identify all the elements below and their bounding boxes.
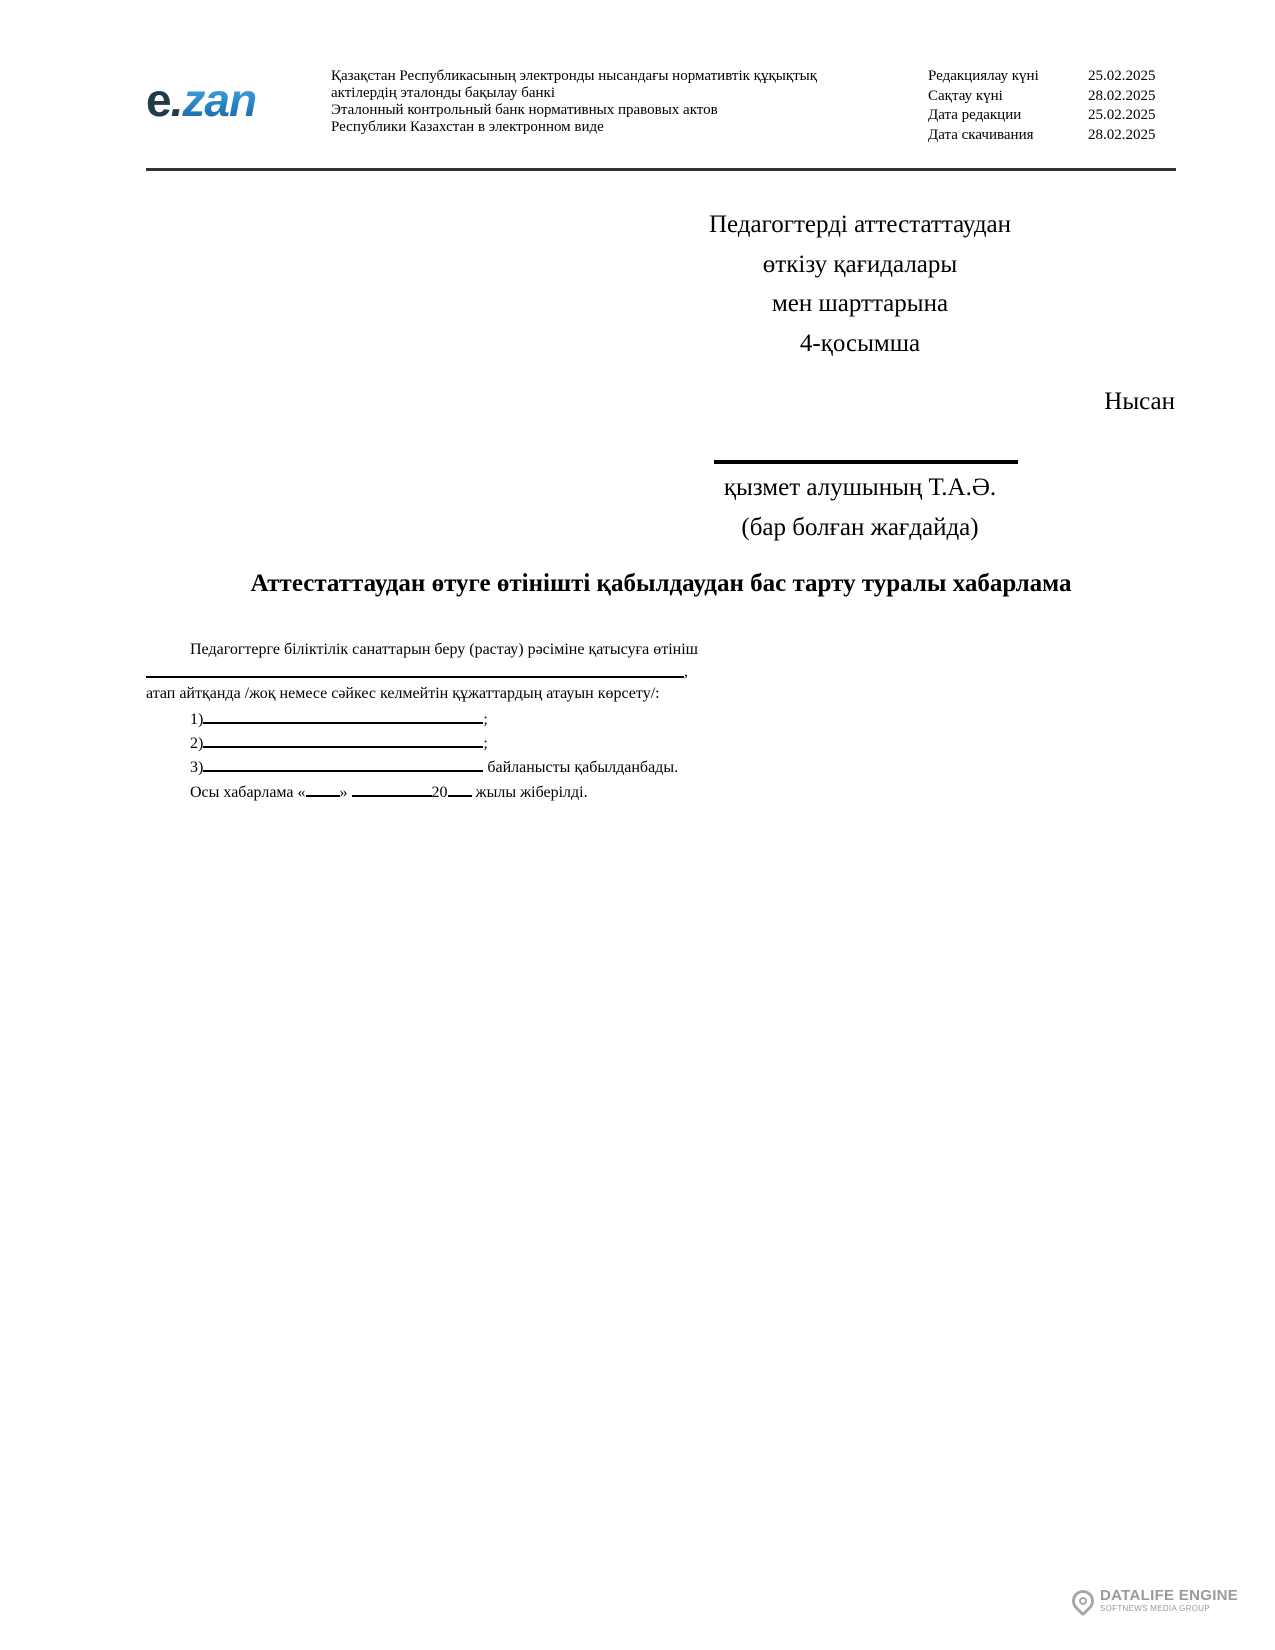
header-rule <box>146 168 1176 171</box>
comma: , <box>684 660 688 684</box>
date-value: 25.02.2025 <box>1088 106 1168 126</box>
reason-item: 2); <box>146 730 1176 754</box>
reason-item: 3) байланысты қабылданбады. <box>146 754 1176 778</box>
date-label: Дата скачивания <box>928 126 1088 146</box>
month-blank-field[interactable] <box>352 779 432 797</box>
day-blank-field[interactable] <box>306 779 340 797</box>
document-title: Аттестаттаудан өтуге өтінішті қабылдауда… <box>146 566 1176 602</box>
date-label: Редакциялау күні <box>928 67 1088 87</box>
datalife-engine-watermark: DATALIFE ENGINE SOFTNEWS MEDIA GROUP <box>1072 1588 1238 1614</box>
header-description-line: Қазақстан Республикасының электронды ныс… <box>331 68 891 85</box>
recipient-name-field[interactable] <box>714 460 1018 464</box>
date-value: 28.02.2025 <box>1088 87 1168 107</box>
watermark-subtitle: SOFTNEWS MEDIA GROUP <box>1100 1604 1238 1614</box>
date-label: Сақтау күні <box>928 87 1088 107</box>
year-prefix: 20 <box>432 784 448 801</box>
item-suffix: ; <box>483 711 487 728</box>
notice-prefix: Осы хабарлама « <box>190 784 306 801</box>
header-dates: Редакциялау күні25.02.2025 Сақтау күні28… <box>928 67 1168 145</box>
document-body: Педагогтерге біліктілік санаттарын беру … <box>146 638 1176 808</box>
logo-zan: zan <box>182 74 256 126</box>
appendix-line: өткізу қағидалары <box>660 245 1060 285</box>
appendix-line: мен шарттарына <box>660 284 1060 324</box>
appendix-line: 4-қосымша <box>660 324 1060 364</box>
reason-blank-field[interactable] <box>203 706 483 724</box>
logo-dot: . <box>171 74 183 126</box>
header-description-line: Республики Казахстан в электронном виде <box>331 119 891 136</box>
application-field-row: , <box>146 662 1176 682</box>
header-description-line: актілердің эталонды бақылау банкі <box>331 85 891 102</box>
ezan-logo: e.zan <box>146 76 256 124</box>
reason-blank-field[interactable] <box>203 730 483 748</box>
date-row: Дата редакции25.02.2025 <box>928 106 1168 126</box>
reason-blank-field[interactable] <box>203 754 483 772</box>
year-blank-field[interactable] <box>448 779 472 797</box>
signature-caption-line: (бар болған жағдайда) <box>660 508 1060 548</box>
appendix-line: Педагогтерді аттестаттаудан <box>660 205 1060 245</box>
watermark-text: DATALIFE ENGINE SOFTNEWS MEDIA GROUP <box>1100 1588 1238 1614</box>
notice-line: Осы хабарлама «» 20 жылы жіберілді. <box>146 778 1176 808</box>
notice-suffix: жылы жіберілді. <box>472 784 588 801</box>
application-blank-field[interactable] <box>146 660 684 678</box>
quote-close: » <box>340 784 348 801</box>
date-label: Дата редакции <box>928 106 1088 126</box>
date-row: Сақтау күні28.02.2025 <box>928 87 1168 107</box>
date-row: Дата скачивания28.02.2025 <box>928 126 1168 146</box>
signature-caption-line: қызмет алушының Т.А.Ә. <box>660 468 1060 508</box>
datalife-logo-icon <box>1067 1585 1098 1616</box>
header-description: Қазақстан Республикасының электронды ныс… <box>331 68 891 136</box>
logo-e: e <box>146 74 171 126</box>
watermark-title: DATALIFE ENGINE <box>1100 1588 1238 1604</box>
reason-item: 1); <box>146 706 1176 730</box>
item-suffix: байланысты қабылданбады. <box>483 759 678 776</box>
date-value: 25.02.2025 <box>1088 67 1168 87</box>
item-suffix: ; <box>483 735 487 752</box>
signature-caption: қызмет алушының Т.А.Ә. (бар болған жағда… <box>660 468 1060 547</box>
date-row: Редакциялау күні25.02.2025 <box>928 67 1168 87</box>
header-description-line: Эталонный контрольный банк нормативных п… <box>331 102 891 119</box>
reason-intro: атап айтқанда /жоқ немесе сәйкес келмейт… <box>146 682 1176 706</box>
appendix-reference: Педагогтерді аттестаттаудан өткізу қағид… <box>660 205 1060 363</box>
item-number: 1) <box>190 711 203 728</box>
intro-text: Педагогтерге біліктілік санаттарын беру … <box>146 638 1176 662</box>
item-number: 2) <box>190 735 203 752</box>
item-number: 3) <box>190 759 203 776</box>
date-value: 28.02.2025 <box>1088 126 1168 146</box>
form-label: Нысан <box>1104 384 1175 420</box>
